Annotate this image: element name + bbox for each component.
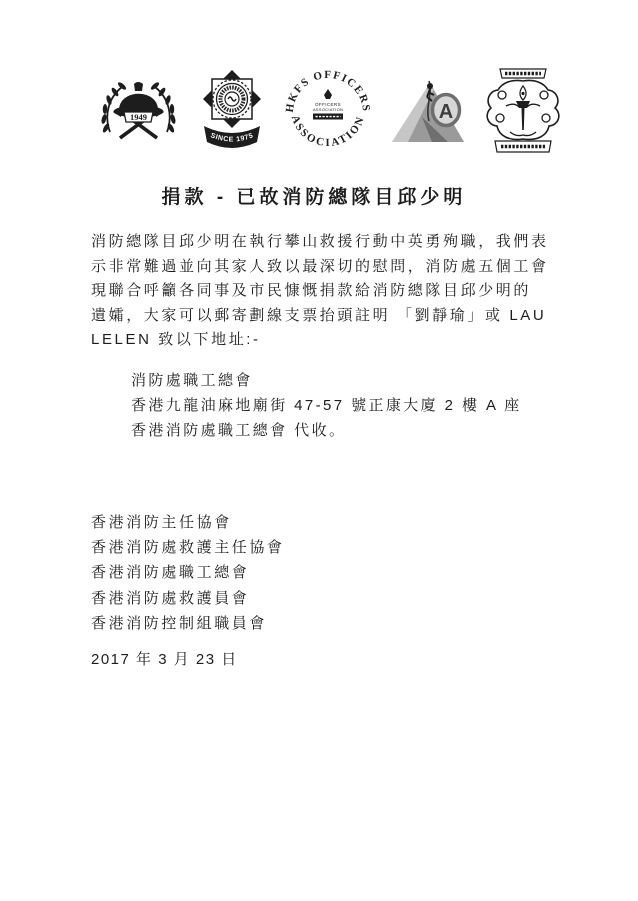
paragraph-line: 示非常難過並向其家人致以最深切的慰問，消防處五個工會 — [91, 255, 556, 280]
organization-item: 香港消防主任協會 — [91, 510, 285, 535]
officers-center-line2: ASSOCIATION — [312, 107, 342, 112]
address-line: 香港九龍油麻地廟街 47-57 號正康大廈 2 樓 A 座 — [131, 393, 522, 418]
union-logos-row: 1949 SINCE 1975 HKFS OFFICERS — [96, 62, 566, 158]
donation-notice-document: 1949 SINCE 1975 HKFS OFFICERS — [0, 0, 638, 901]
torch-crest-icon — [480, 62, 566, 158]
helmet-logo-year-text: 1949 — [130, 112, 147, 122]
signatory-organizations-list: 香港消防主任協會 香港消防處救護主任協會 香港消防處職工總會 香港消防處救護員會… — [91, 510, 285, 636]
document-date: 2017 年 3 月 23 日 — [91, 648, 238, 669]
address-line: 香港消防處職工總會 代收。 — [131, 418, 522, 443]
organization-item: 香港消防控制組職員會 — [91, 611, 285, 636]
officers-center-crest — [324, 89, 332, 99]
mountain-badge-letter: A — [439, 101, 453, 123]
organization-item: 香港消防處職工總會 — [91, 560, 285, 585]
paragraph-line: 消防總隊目邱少明在執行攀山救援行動中英勇殉職，我們表 — [91, 230, 556, 255]
mailing-address-block: 消防處職工總會 香港九龍油麻地廟街 47-57 號正康大廈 2 樓 A 座 香港… — [131, 368, 522, 443]
body-paragraph: 消防總隊目邱少明在執行攀山救援行動中英勇殉職，我們表 示非常難過並向其家人致以最… — [91, 230, 556, 353]
organization-item: 香港消防處救護員會 — [91, 586, 285, 611]
mountaineering-a-badge-icon: A — [384, 75, 468, 145]
paragraph-line: 遺孀，大家可以郵寄劃線支票抬頭註明 「劉靜瑜」或 LAU — [91, 304, 556, 329]
organization-item: 香港消防處救護主任協會 — [91, 535, 285, 560]
paragraph-line: 現聯合呼籲各同事及市民慷慨捐款給消防總隊目邱少明的 — [91, 279, 556, 304]
fire-helmet-wreath-1949-icon: 1949 — [96, 68, 181, 152]
page-title: 捐款 - 已故消防總隊目邱少明 — [0, 182, 628, 209]
paragraph-line: LELEN 致以下地址:- — [91, 328, 556, 353]
hkfs-officers-association-icon: HKFS OFFICERS ASSOCIATION OFFICERS ASSOC… — [284, 65, 372, 155]
since-1975-star-badge-icon: SINCE 1975 — [193, 68, 271, 152]
address-line: 消防處職工總會 — [131, 368, 522, 393]
